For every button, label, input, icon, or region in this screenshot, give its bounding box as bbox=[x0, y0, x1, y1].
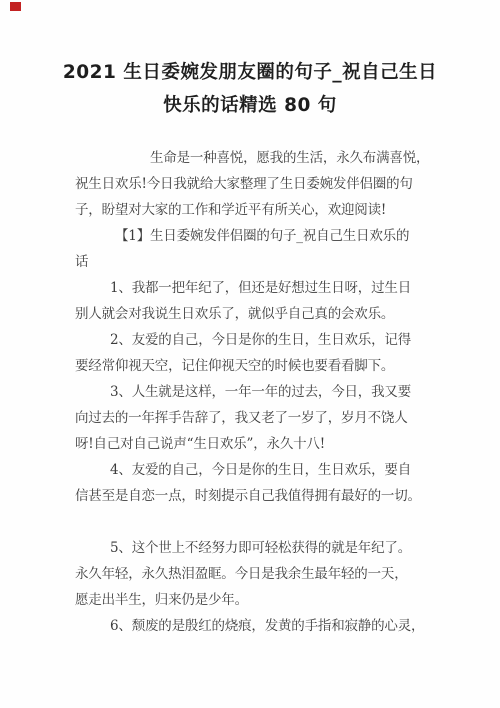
text-line: 要经常仰视天空，记住仰视天空的时候也要看看脚下。 bbox=[75, 353, 432, 379]
text-line: 子，盼望对大家的工作和学近平有所关心，欢迎阅读! bbox=[75, 197, 432, 223]
title-line-1: 2021 生日委婉发朋友圈的句子_祝自己生日 bbox=[0, 56, 500, 89]
text-line: 信甚至是自恋一点，时刻提示自己我值得拥有最好的一切。 bbox=[75, 483, 432, 509]
text-line: 3、人生就是这样，一年一年的过去，今日，我又要 bbox=[75, 379, 432, 405]
text-line: 愿走出半生，归来仍是少年。 bbox=[75, 587, 432, 613]
text-line: 别人就会对我说生日欢乐了，就似乎自己真的会欢乐。 bbox=[75, 301, 432, 327]
text-line: 祝生日欢乐!今日我就给大家整理了生日委婉发伴侣圈的句 bbox=[75, 171, 432, 197]
text-line: 【1】生日委婉发伴侣圈的句子_祝自己生日欢乐的 bbox=[75, 223, 432, 249]
blank-line bbox=[75, 509, 432, 535]
text-line: 4、友爱的自己，今日是你的生日，生日欢乐，要自 bbox=[75, 457, 432, 483]
text-line: 向过去的一年挥手告辞了，我又老了一岁了，岁月不饶人 bbox=[75, 405, 432, 431]
text-line: 2、友爱的自己，今日是你的生日，生日欢乐，记得 bbox=[75, 327, 432, 353]
document-body: 生命是一种喜悦，愿我的生活，永久布满喜悦，祝生日欢乐!今日我就给大家整理了生日委… bbox=[0, 145, 500, 639]
page-title: 2021 生日委婉发朋友圈的句子_祝自己生日 快乐的话精选 80 句 bbox=[0, 0, 500, 122]
text-line: 生命是一种喜悦，愿我的生活，永久布满喜悦， bbox=[75, 145, 432, 171]
text-line: 永久年轻，永久热泪盈眶。今日是我余生最年轻的一天， bbox=[75, 561, 432, 587]
text-line: 话 bbox=[75, 249, 432, 275]
text-line: 5、这个世上不经努力即可轻松获得的就是年纪了。 bbox=[75, 535, 432, 561]
text-line: 6、颓废的是殷红的烧痕，发黄的手指和寂静的心灵， bbox=[75, 613, 432, 639]
text-line: 1、我都一把年纪了，但还是好想过生日呀，过生日 bbox=[75, 275, 432, 301]
document-page: 2021 生日委婉发朋友圈的句子_祝自己生日 快乐的话精选 80 句 生命是一种… bbox=[0, 0, 500, 708]
title-line-2: 快乐的话精选 80 句 bbox=[0, 89, 500, 122]
text-line: 呀!自己对自己说声“生日欢乐”，永久十八! bbox=[75, 431, 432, 457]
